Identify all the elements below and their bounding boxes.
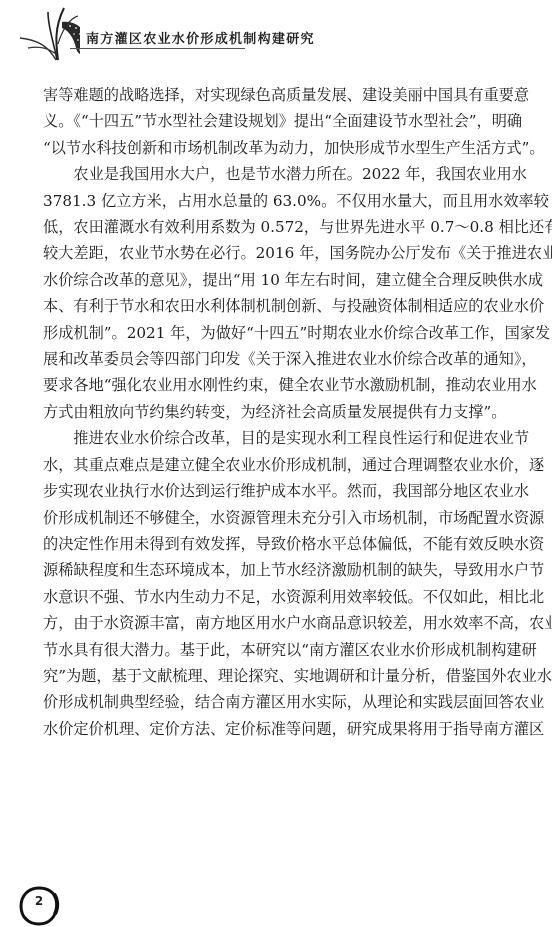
rice-plant-icon — [18, 4, 80, 62]
text-line: 较大差距，农业节水势在必行。2016 年，国务院办公厅发布《关于推进农业 — [43, 240, 513, 266]
text-line: 害等难题的战略选择，对实现绿色高质量发展、建设美丽中国具有重要意 — [43, 82, 513, 108]
text-line: 水意识不强、节水内生动力不足，水资源利用效率较低。不仅如此，相比北 — [43, 584, 513, 610]
page-number-badge: 2 — [18, 886, 60, 926]
running-header: 南方灌区农业水价形成机制构建研究 — [0, 0, 552, 70]
paragraph-3: 推进农业水价综合改革，目的是实现水利工程良性运行和促进农业节 水，其重点难点是建… — [43, 425, 513, 742]
text-line: 推进农业水价综合改革，目的是实现水利工程良性运行和促进农业节 — [43, 425, 513, 451]
text-line: 水价定价机理、定价方法、定价标准等问题，研究成果将用于指导南方灌区 — [43, 716, 513, 742]
page-number: 2 — [18, 894, 60, 908]
text-line: “以节水科技创新和市场机制改革为动力，加快形成节水型生产生活方式”。 — [43, 135, 513, 161]
text-line: 3781.3 亿立方米，占用水总量的 63.0%。不仅用水量大，而且用水效率较 — [43, 188, 513, 214]
text-line: 价形成机制典型经验，结合南方灌区用水实际，从理论和实践层面回答农业 — [43, 689, 513, 715]
text-line: 要求各地“强化农业用水刚性约束，健全农业节水激励机制，推动农业用水 — [43, 372, 513, 398]
text-line: 方，由于水资源丰富，南方地区用水户水商品意识较差，用水效率不高，农业 — [43, 610, 513, 636]
text-line: 形成机制”。2021 年，为做好“十四五”时期农业水价综合改革工作，国家发 — [43, 320, 513, 346]
text-line: 水，其重点难点是建立健全农业水价形成机制，通过合理调整农业水价，逐 — [43, 452, 513, 478]
text-line: 低，农田灌溉水有效利用系数为 0.572，与世界先进水平 0.7～0.8 相比还… — [43, 214, 513, 240]
paragraph-1: 害等难题的战略选择，对实现绿色高质量发展、建设美丽中国具有重要意 义。《“十四五… — [43, 82, 513, 161]
text-line: 节水具有很大潜力。基于此，本研究以“南方灌区农业水价形成机制构建研 — [43, 637, 513, 663]
text-line: 农业是我国用水大户，也是节水潜力所在。2022 年，我国农业用水 — [43, 161, 513, 187]
text-line: 的决定性作用未得到有效发挥，导致价格水平总体偏低，不能有效反映水资 — [43, 531, 513, 557]
text-line: 源稀缺程度和生态环境成本，加上节水经济激励机制的缺失，导致用水户节 — [43, 557, 513, 583]
text-line: 本、有利于节水和农田水利体制机制创新、与投融资体制相适应的农业水价 — [43, 293, 513, 319]
text-line: 步实现农业执行水价达到运行维护成本水平。然而，我国部分地区农业水 — [43, 478, 513, 504]
text-line: 展和改革委员会等四部门印发《关于深入推进农业水价综合改革的通知》， — [43, 346, 513, 372]
paragraph-2: 农业是我国用水大户，也是节水潜力所在。2022 年，我国农业用水 3781.3 … — [43, 161, 513, 425]
running-title: 南方灌区农业水价形成机制构建研究 — [86, 28, 315, 47]
text-line: 究”为题，基于文献梳理、理论探究、实地调研和计量分析，借鉴国外农业水 — [43, 663, 513, 689]
body-text: 害等难题的战略选择，对实现绿色高质量发展、建设美丽中国具有重要意 义。《“十四五… — [43, 82, 513, 742]
text-line: 价形成机制还不够健全，水资源管理未充分引入市场机制，市场配置水资源 — [43, 505, 513, 531]
text-line: 方式由粗放向节约集约转变，为经济社会高质量发展提供有力支撑”。 — [43, 399, 513, 425]
text-line: 水价综合改革的意见》，提出“用 10 年左右时间，建立健全合理反映供水成 — [43, 267, 513, 293]
header-underline — [70, 48, 245, 49]
text-line: 义。《“十四五”节水型社会建设规划》提出“全面建设节水型社会”，明确 — [43, 108, 513, 134]
